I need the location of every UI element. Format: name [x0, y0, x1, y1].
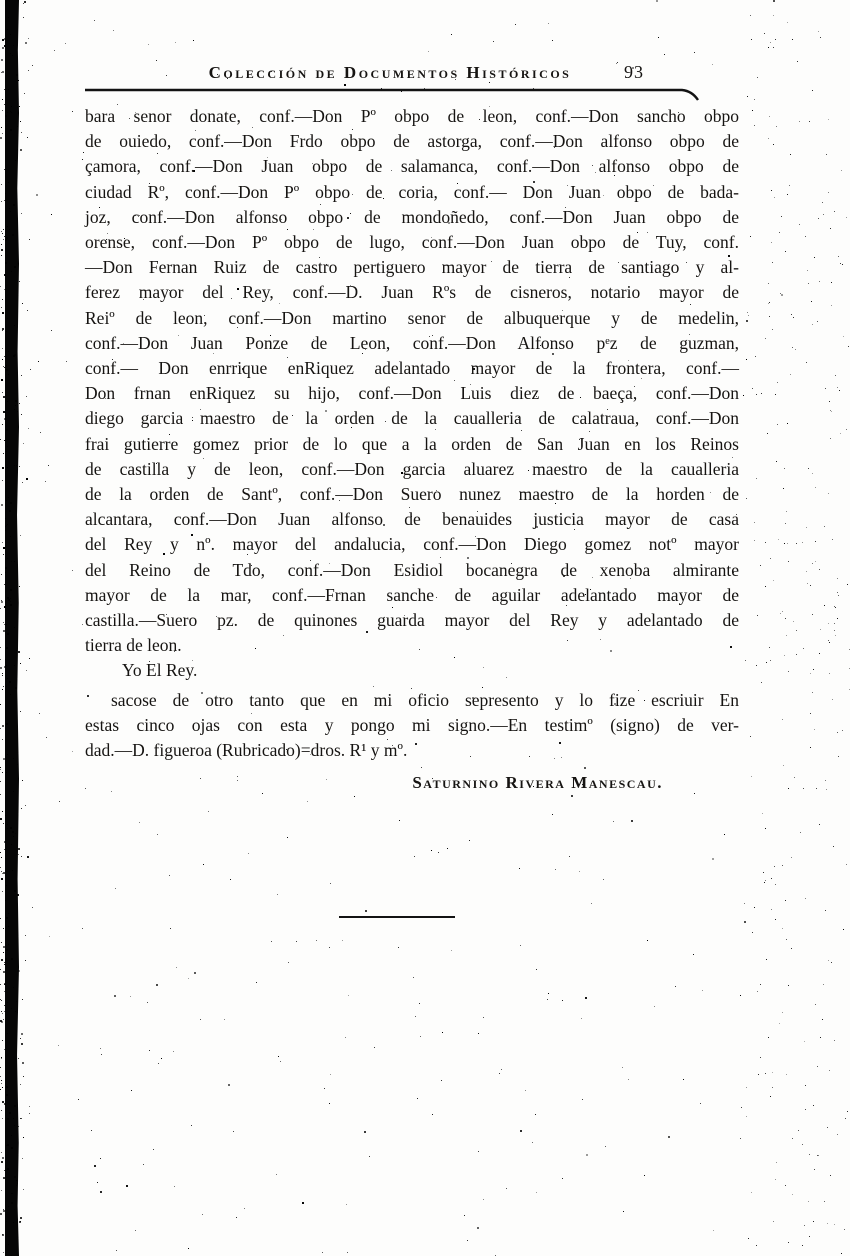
- text-line: del Rey y nº. mayor del andalucia, conf.…: [85, 532, 739, 557]
- text-line: orense, conf.—Don Pº obpo de lugo, conf.…: [85, 230, 739, 255]
- text-line: de castilla y de leon, conf.—Don garcia …: [85, 457, 739, 482]
- editor-signature: Saturnino Rivera Manescau.: [85, 773, 739, 793]
- text-line: mayor de la mar, conf.—Frnan sanche de a…: [85, 583, 739, 608]
- confirmation-list-paragraph: bara senor donate, conf.—Don Pº obpo de …: [85, 104, 739, 684]
- page-number: 93: [624, 62, 644, 83]
- text-line: estas cinco ojas con esta y pongo mi sig…: [85, 713, 739, 738]
- text-line: frai gutierre gomez prior de lo que a la…: [85, 432, 739, 457]
- text-line: bara senor donate, conf.—Don Pº obpo de …: [85, 104, 739, 129]
- notary-closing-paragraph: sacose de otro tanto que en mi oficio se…: [85, 688, 739, 764]
- text-line: sacose de otro tanto que en mi oficio se…: [85, 688, 739, 713]
- royal-subscription: Yo El Rey.: [85, 658, 739, 683]
- running-head-title: Colección de Documentos Históricos: [85, 63, 695, 83]
- text-line: Don frnan enRiquez su hijo, conf.—Don Lu…: [85, 381, 739, 406]
- text-line: dad.—D. figueroa (Rubricado)=dros. R¹ y …: [85, 738, 739, 763]
- header-rule-line: [84, 86, 700, 102]
- text-line: tierra de leon.: [85, 633, 739, 658]
- text-line: joz, conf.—Don alfonso obpo de mondoñedo…: [85, 205, 739, 230]
- text-line: ciudad Rº, conf.—Don Pº obpo de coria, c…: [85, 180, 739, 205]
- scanned-book-page: Colección de Documentos Históricos 93 ba…: [0, 0, 850, 1256]
- text-line: Reiº de leon, conf.—Don martino senor de…: [85, 306, 739, 331]
- text-line: de la orden de Santº, conf.—Don Suero nu…: [85, 482, 739, 507]
- text-line: castilla.—Suero pz. de quinones guarda m…: [85, 608, 739, 633]
- text-line: alcantara, conf.—Don Juan alfonso de ben…: [85, 507, 739, 532]
- text-line: conf.— Don enrrique enRiquez adelantado …: [85, 356, 739, 381]
- text-line: diego garcia maestro de la orden de la c…: [85, 406, 739, 431]
- binding-edge: [5, 0, 19, 1256]
- header-rule: [84, 86, 700, 102]
- text-line: del Reino de Tdo, conf.—Don Esidiol boca…: [85, 558, 739, 583]
- text-line: ferez mayor del Rey, conf.—D. Juan Rºs d…: [85, 280, 739, 305]
- text-line: —Don Fernan Ruiz de castro pertiguero ma…: [85, 255, 739, 280]
- text-line: çamora, conf.—Don Juan obpo de salamanca…: [85, 154, 739, 179]
- text-line: conf.—Don Juan Ponze de Leon, conf.—Don …: [85, 331, 739, 356]
- text-line: de ouiedo, conf.—Don Frdo obpo de astorg…: [85, 129, 739, 154]
- section-divider: [339, 916, 455, 918]
